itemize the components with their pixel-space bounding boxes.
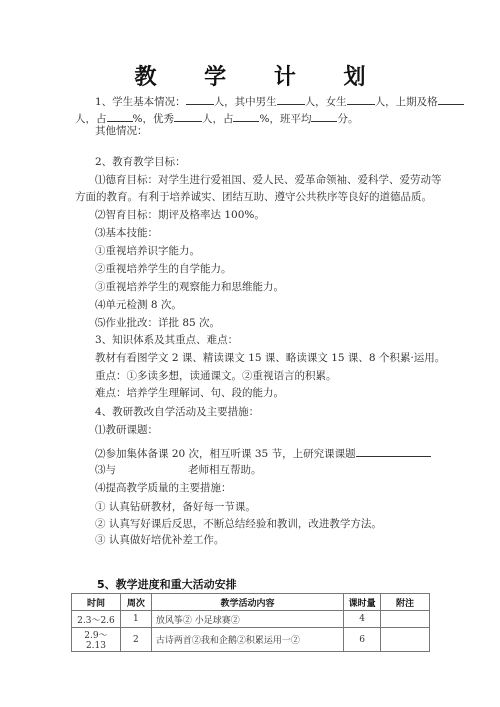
moral-goal-line-2: 方面的教育。有利于培养诚实、团结互助、遵守公共秩序等良好的道德品质。	[75, 190, 432, 204]
blank-boys[interactable]	[277, 93, 305, 105]
label: 分。	[337, 113, 358, 125]
header-hours: 课时量	[344, 594, 381, 611]
cell-hours: 6	[344, 628, 381, 652]
homework-correction: ⑸作业批改：详批 85 次。	[95, 316, 220, 330]
material-summary: 教材有看图学文 2 课、精读课文 15 课、略读课文 15 课、8 个积累·运用…	[95, 351, 445, 365]
table-header-row: 时间 周次 教学活动内容 课时量 附注	[72, 594, 430, 611]
measure-item: ③ 认真做好培优补差工作。	[95, 533, 224, 547]
skill-item: ③重视培养学生的观察能力和思维能力。	[95, 280, 284, 294]
measure-item: ② 认真写好课后反思，不断总结经验和教训，改进教学方法。	[95, 517, 382, 531]
blank-girls[interactable]	[347, 93, 375, 105]
header-content: 教学活动内容	[151, 594, 343, 611]
page-title: 教 学 计 划	[0, 60, 500, 91]
cell-week: 1	[120, 611, 151, 628]
student-info-line-1: 1、学生基本情况：人，其中男生人，女生人，上期及格	[95, 93, 464, 109]
label: 人，其中男生	[214, 96, 277, 108]
skill-item: ②重视培养学生的自学能力。	[95, 262, 232, 276]
cell-time: 2.9～2.13	[72, 628, 121, 652]
unit-test: ⑷单元检测 8 次。	[95, 298, 182, 312]
cell-notes	[381, 611, 430, 628]
label: 人，占	[202, 113, 234, 125]
key-points: 重点：①多读多想，读通课文。②重视语言的积累。	[95, 369, 337, 383]
cell-hours: 4	[344, 611, 381, 628]
cell-time: 2.3～2.6	[72, 611, 121, 628]
table-row: 2.9～2.13 2 古诗两首②我和企鹅②积累运用一② 6	[72, 628, 430, 652]
blank-pass-percent[interactable]	[107, 110, 133, 122]
cell-notes	[381, 628, 430, 652]
research-topic: ⑴教研课题：	[95, 423, 158, 437]
section3-heading: 3、知识体系及其重点、难点：	[95, 333, 238, 347]
header-notes: 附注	[381, 594, 430, 611]
label: ⑶与	[95, 464, 116, 476]
label: ⑵参加集体备课 20 次，相互听课 35 节，上研究课课题	[95, 448, 356, 460]
label: 人，上期及格	[375, 96, 438, 108]
cell-content: 古诗两首②我和企鹅②积累运用一②	[151, 628, 343, 652]
label: 1、学生基本情况：	[95, 96, 186, 108]
blank-excellent[interactable]	[174, 110, 202, 122]
schedule-table: 时间 周次 教学活动内容 课时量 附注 2.3～2.6 1 放风筝② 小足球赛②…	[71, 593, 430, 652]
measure-item: ① 认真钻研教材，备好每一节课。	[95, 500, 256, 514]
header-week: 周次	[120, 594, 151, 611]
blank-excellent-percent[interactable]	[233, 110, 259, 122]
blank-total-students[interactable]	[186, 93, 214, 105]
other-situation: 其他情况：	[95, 124, 148, 138]
intellect-goal: ⑵智育目标：期评及格率达 100%。	[95, 208, 265, 222]
moral-goal-line-1: ⑴德育目标：对学生进行爱祖国、爱人民、爱革命领袖、爱科学、爱劳动等	[95, 173, 442, 187]
label: 人，女生	[305, 96, 347, 108]
table-row: 2.3～2.6 1 放风筝② 小足球赛② 4	[72, 611, 430, 628]
cell-week: 2	[120, 628, 151, 652]
section4-heading: 4、教研教改自学活动及主要措施：	[95, 405, 259, 419]
collective-prep: ⑵参加集体备课 20 次，相互听课 35 节，上研究课课题	[95, 445, 431, 461]
skill-item: ①重视培养识字能力。	[95, 244, 200, 258]
mutual-help: ⑶与老师相互帮助。	[95, 463, 262, 477]
blank-class-average[interactable]	[311, 110, 337, 122]
cell-content: 放风筝② 小足球赛②	[151, 611, 343, 628]
blank-research-lesson-topic[interactable]	[356, 445, 431, 457]
header-time: 时间	[72, 594, 121, 611]
basic-skills-heading: ⑶基本技能：	[95, 226, 158, 240]
measures-heading: ⑷提高教学质量的主要措施：	[95, 481, 232, 495]
difficulties: 难点：培养学生理解词、句、段的能力。	[95, 386, 284, 400]
section5-heading: 5、教学进度和重大活动安排	[97, 576, 237, 592]
blank-passed[interactable]	[438, 93, 464, 105]
label: 老师相互帮助。	[188, 464, 262, 476]
label: %，班平均	[259, 113, 311, 125]
section2-heading: 2、教育教学目标：	[95, 155, 186, 169]
